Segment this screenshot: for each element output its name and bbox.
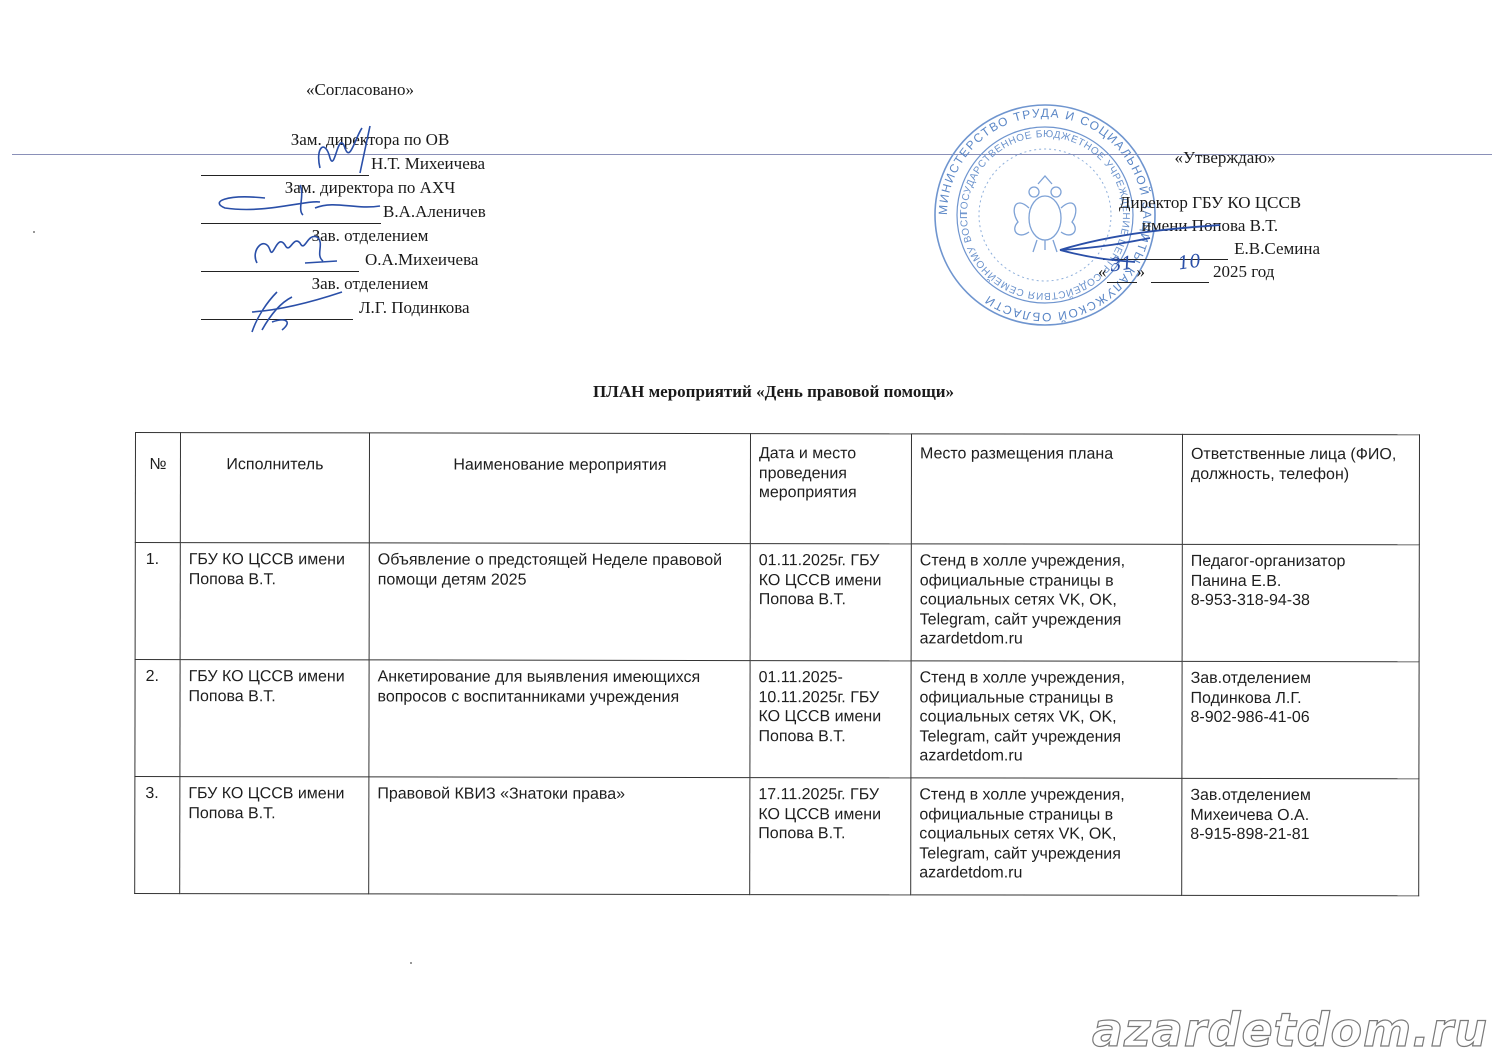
cell-date-place: 01.11.2025г. ГБУ КО ЦССВ имени Попова В.…: [750, 544, 911, 661]
approve-title: «Утверждаю»: [1080, 146, 1340, 169]
cell-executor: ГБУ КО ЦССВ имени Попова В.Т.: [180, 660, 369, 777]
site-watermark: azardetdom.ru: [1092, 1003, 1488, 1057]
date-year: 2025 год: [1213, 260, 1274, 283]
signatory-name: Н.Т. Михеичева: [371, 152, 485, 176]
signature-blank: [201, 159, 369, 176]
header-placement: Место размещения плана: [911, 434, 1182, 544]
director-position: Директор ГБУ КО ЦССВ: [1080, 191, 1340, 214]
cell-responsible: Педагог-организатор Панина Е.В. 8-953-31…: [1182, 544, 1419, 661]
signatory-role: Зав. отделением: [195, 272, 525, 296]
responsible-phone: 8-953-318-94-38: [1191, 591, 1411, 611]
table-row: 1. ГБУ КО ЦССВ имени Попова В.Т. Объявле…: [135, 543, 1419, 662]
cell-placement: Стенд в холле учреждения, официальные ст…: [911, 544, 1182, 661]
signatory-name: О.А.Михеичева: [365, 248, 478, 272]
responsible-role: Зав.отделением: [1191, 669, 1411, 689]
cell-date-place: 17.11.2025г. ГБУ КО ЦССВ имени Попова В.…: [750, 778, 911, 895]
table-header-row: № Исполнитель Наименование мероприятия Д…: [135, 433, 1419, 545]
signature-line: Н.Т. Михеичева: [195, 152, 525, 176]
cell-placement: Стенд в холле учреждения, официальные ст…: [911, 778, 1182, 895]
signatory-name: В.А.Аленичев: [383, 200, 486, 224]
signature-blank: [201, 255, 359, 272]
date-month-blank: [1151, 266, 1209, 283]
header-responsible: Ответственные лица (ФИО, должность, теле…: [1182, 434, 1419, 544]
date-day-blank: [1107, 266, 1137, 283]
cell-executor: ГБУ КО ЦССВ имени Попова В.Т.: [180, 543, 369, 660]
header-date-place: Дата и место проведения мероприятия: [750, 434, 911, 544]
approve-block: «Утверждаю» Директор ГБУ КО ЦССВ имени П…: [1080, 146, 1340, 283]
approval-date: « » 2025 год: [1080, 260, 1340, 283]
director-signature-line: Е.В.Семина: [1080, 237, 1340, 260]
cell-event-name: Правовой КВИЗ «Знатоки права»: [369, 777, 750, 895]
signature-line: В.А.Аленичев: [195, 200, 525, 224]
responsible-name: Панина Е.В.: [1191, 571, 1411, 591]
cell-num: 3.: [135, 777, 180, 894]
responsible-phone: 8-902-986-41-06: [1190, 708, 1410, 728]
signature-line: О.А.Михеичева: [195, 248, 525, 272]
cell-event-name: Объявление о предстоящей Неделе правовой…: [369, 543, 750, 661]
cell-responsible: Зав.отделением Михеичева О.А. 8-915-898-…: [1182, 778, 1419, 895]
signatory-name: Л.Г. Подинкова: [359, 296, 470, 320]
director-name: Е.В.Семина: [1234, 237, 1320, 260]
table-row: 3. ГБУ КО ЦССВ имени Попова В.Т. Правово…: [135, 777, 1419, 896]
responsible-role: Зав.отделением: [1190, 786, 1410, 806]
director-organization: имени Попова В.Т.: [1080, 214, 1340, 237]
cell-executor: ГБУ КО ЦССВ имени Попова В.Т.: [180, 777, 369, 894]
responsible-role: Педагог-организатор: [1191, 552, 1411, 572]
signature-blank: [1103, 243, 1228, 260]
signature-line: Л.Г. Подинкова: [195, 296, 525, 320]
events-plan-table: № Исполнитель Наименование мероприятия Д…: [134, 432, 1420, 896]
cell-date-place: 01.11.2025-10.11.2025г. ГБУ КО ЦССВ имен…: [750, 661, 911, 778]
cell-placement: Стенд в холле учреждения, официальные ст…: [911, 661, 1182, 778]
plan-title: ПЛАН мероприятий «День правовой помощи»: [0, 382, 1500, 402]
responsible-name: Подинкова Л.Г.: [1191, 688, 1411, 708]
cell-responsible: Зав.отделением Подинкова Л.Г. 8-902-986-…: [1182, 661, 1419, 778]
table-row: 2. ГБУ КО ЦССВ имени Попова В.Т. Анкетир…: [135, 660, 1419, 779]
responsible-name: Михеичева О.А.: [1190, 805, 1410, 825]
signature-blank: [201, 207, 381, 224]
signatory-role: Зам. директора по АХЧ: [195, 176, 525, 200]
responsible-phone: 8-915-898-21-81: [1190, 825, 1410, 845]
agreed-title: «Согласовано»: [195, 78, 525, 102]
scan-speck: [33, 231, 35, 233]
cell-num: 2.: [135, 660, 180, 777]
signatory-role: Зам. директора по ОВ: [195, 128, 525, 152]
header-executor: Исполнитель: [180, 433, 369, 543]
scan-speck: [410, 962, 412, 964]
agreed-block: «Согласовано» Зам. директора по ОВ Н.Т. …: [195, 78, 525, 320]
cell-event-name: Анкетирование для выявления имеющихся во…: [369, 660, 750, 778]
header-num: №: [135, 433, 180, 543]
signatory-role: Зав. отделением: [195, 224, 525, 248]
signature-blank: [201, 303, 353, 320]
cell-num: 1.: [135, 543, 180, 660]
header-event-name: Наименование мероприятия: [369, 433, 750, 544]
